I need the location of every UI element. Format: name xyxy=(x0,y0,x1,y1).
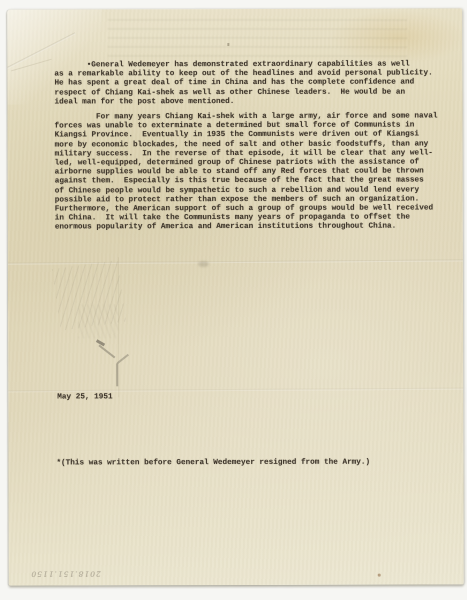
horizontal-crease-mark xyxy=(8,388,463,393)
typed-line: ideal man for the post above mentioned. xyxy=(54,97,432,107)
scanned-document: •General Wedemeyer has demonstrated extr… xyxy=(0,0,467,600)
typed-line: respect of Chiang Kai-shek as well as ot… xyxy=(54,88,432,98)
typed-paragraph-2: For many years Chiang Kai-shek with a la… xyxy=(55,112,438,232)
typed-footnote: *(This was written before General Wedeme… xyxy=(56,459,370,469)
pencil-smudge-mark xyxy=(78,304,118,338)
smudge-spot xyxy=(198,261,209,267)
typed-line: He has spent a great deal of time in Chi… xyxy=(54,79,432,89)
paper-speck xyxy=(378,574,381,577)
typed-paragraph-1: •General Wedemeyer has demonstrated extr… xyxy=(54,60,432,107)
footnote-line: *(This was written before General Wedeme… xyxy=(56,459,370,469)
typed-line: against them. Especially is this true be… xyxy=(55,177,438,187)
accession-number-inscription: 2018.151.1150 xyxy=(17,569,101,578)
pencil-y-mark xyxy=(99,345,116,358)
pencil-y-mark xyxy=(116,363,118,386)
ink-bleedthrough-mark xyxy=(107,19,407,63)
typed-line: Kiangsi Province. Eventually in 1935 the… xyxy=(55,131,438,141)
document-page: •General Wedemeyer has demonstrated extr… xyxy=(7,8,464,585)
horizontal-crease-mark xyxy=(8,259,463,264)
paper-speck xyxy=(227,43,229,46)
typed-date: May 25, 1951 xyxy=(57,393,112,402)
typed-line: enormous popularity of America and Ameri… xyxy=(55,223,438,233)
date-line: May 25, 1951 xyxy=(57,393,112,402)
